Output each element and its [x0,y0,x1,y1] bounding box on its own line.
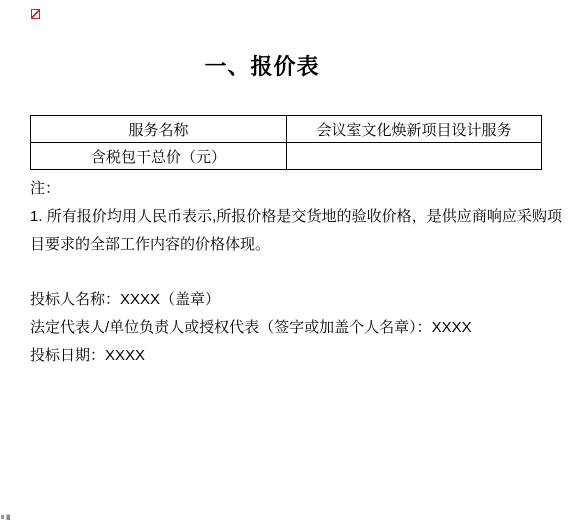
red-marker-icon [31,9,40,19]
table-row-service-name: 服务名称 会议室文化焕新项目设计服务 [31,116,542,143]
title-block: 一、报价表 [0,50,524,81]
corner-artifact-icon [1,513,13,520]
bid-date-line: 投标日期：XXXX [30,342,562,370]
page-title: 一、报价表 [204,54,319,79]
service-name-value-cell: 会议室文化焕新项目设计服务 [287,116,542,143]
document-page: 一、报价表 服务名称 会议室文化焕新项目设计服务 含税包干总价（元） 注： 1.… [0,0,572,521]
total-price-value-cell [287,143,542,170]
table-row-total-price: 含税包干总价（元） [31,143,542,170]
representative-line: 法定代表人/单位负责人或授权代表（签字或加盖个人名章）：XXXX [30,314,562,342]
quotation-table: 服务名称 会议室文化焕新项目设计服务 含税包干总价（元） [30,115,542,170]
total-price-label-cell: 含税包干总价（元） [31,143,287,170]
note-item-1: 1. 所有报价均用人民币表示,所报价格是交货地的验收价格，是供应商响应采购项目要… [30,203,562,259]
bidder-name-line: 投标人名称：XXXX（盖章） [30,286,562,314]
signature-block: 投标人名称：XXXX（盖章） 法定代表人/单位负责人或授权代表（签字或加盖个人名… [30,286,562,370]
notes-heading: 注： [30,180,60,198]
service-name-label-cell: 服务名称 [31,116,287,143]
